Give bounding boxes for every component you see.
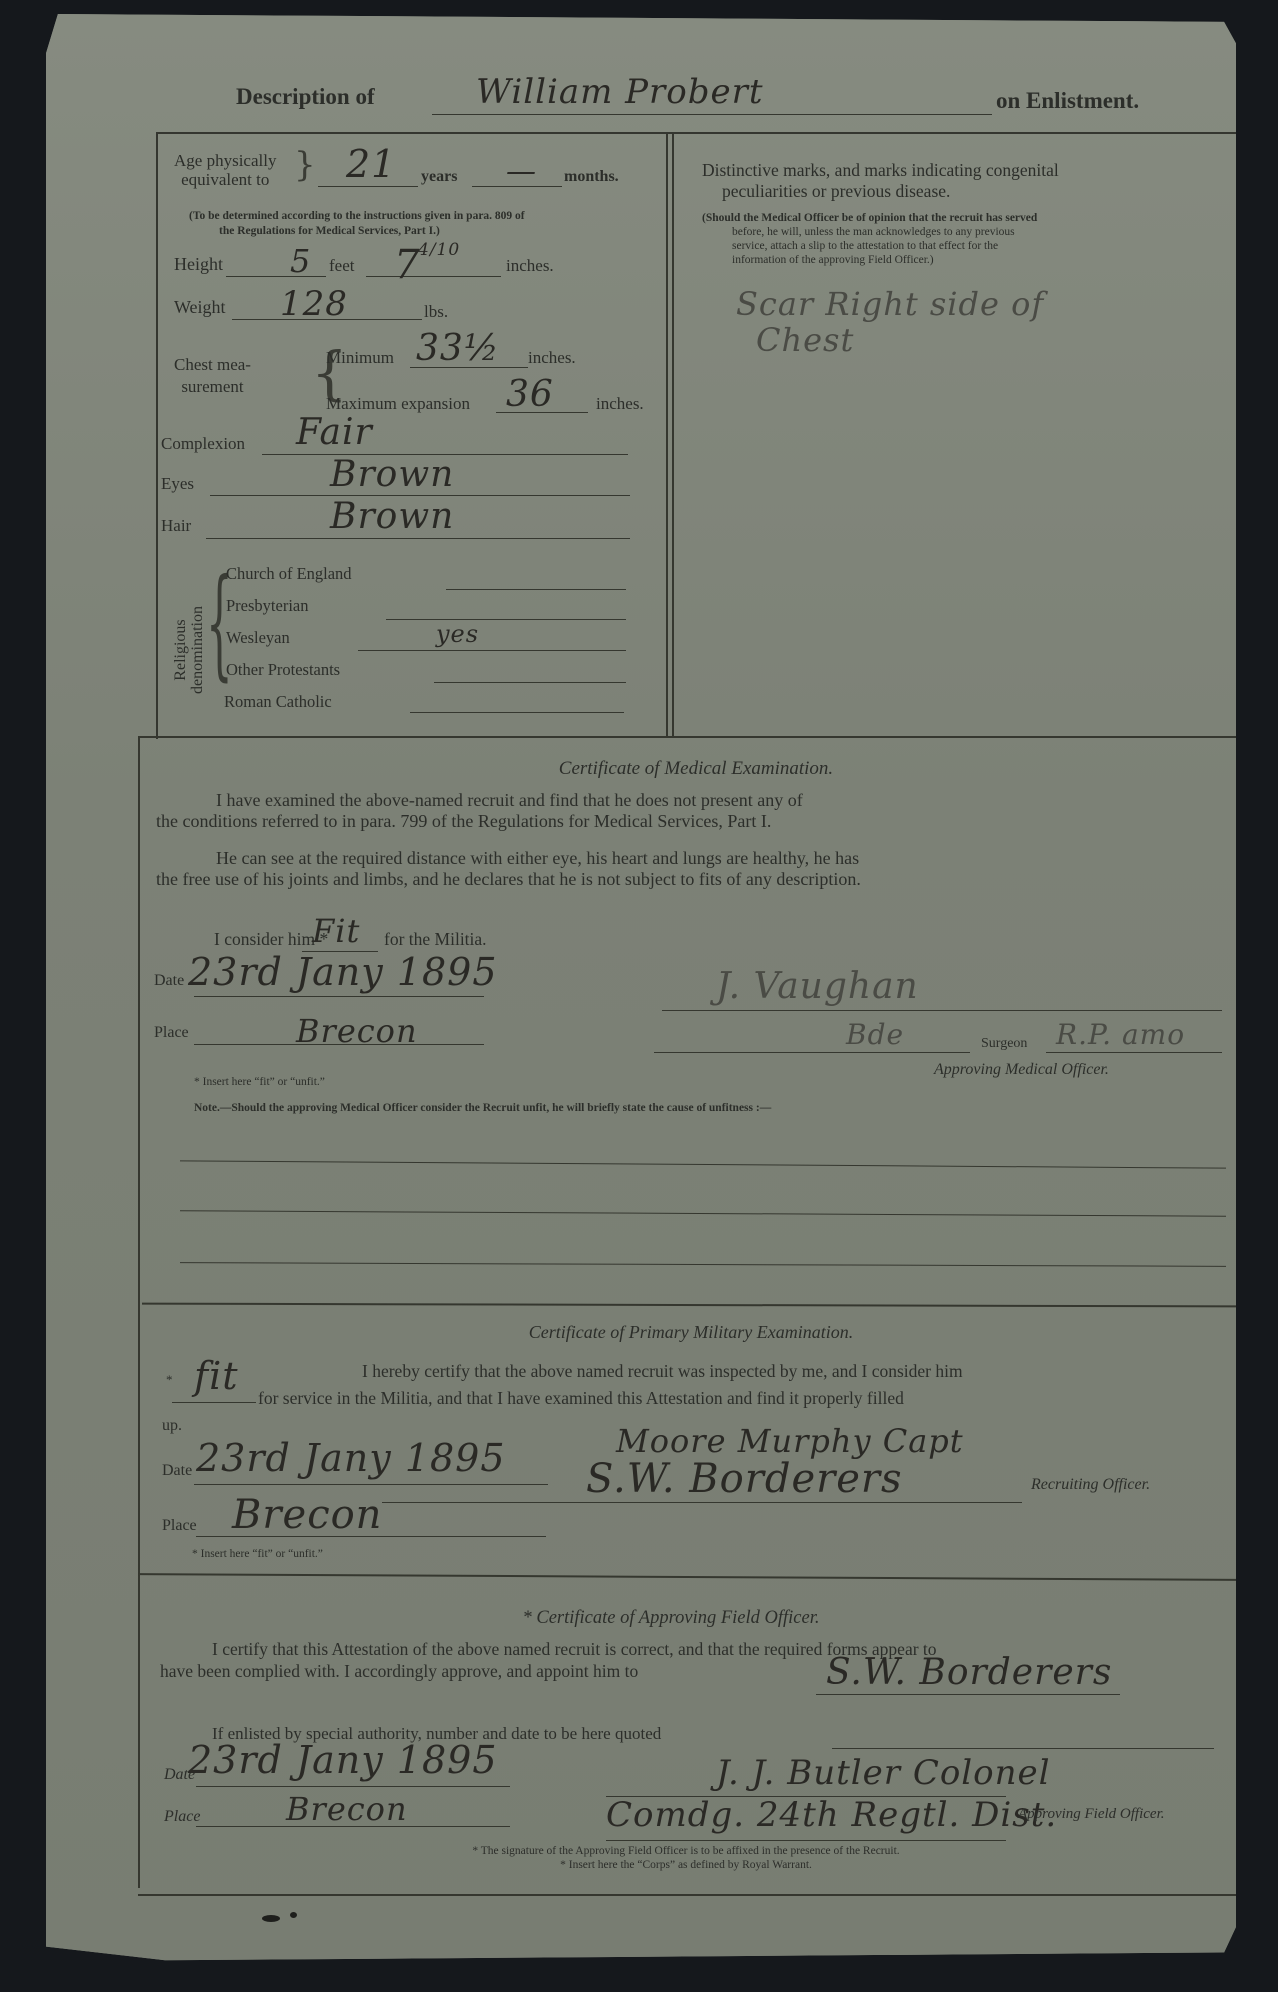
height-feet-value: 5: [290, 242, 311, 280]
distinctive-marks-value-line2: Chest: [736, 322, 1044, 358]
medical-date-label: Date: [154, 972, 184, 990]
recruiting-officer-signature: Moore Murphy Capt S.W. Borderers: [616, 1422, 964, 1498]
recruiting-officer-signature-line2: S.W. Borderers: [586, 1460, 964, 1498]
recruit-name: William Probert: [476, 72, 764, 112]
medical-footnote: * Insert here “fit” or “unfit.”: [194, 1076, 325, 1088]
chest-min-label: Minimum: [326, 348, 394, 368]
military-place-value: Brecon: [232, 1492, 382, 1538]
medical-date-value: 23rd Jany 1895: [188, 950, 498, 994]
distinctive-marks-heading-line1: Distinctive marks, and marks indicating …: [702, 160, 1222, 181]
field-officer-date-value: 23rd Jany 1895: [188, 1738, 498, 1782]
chest-label: Chest mea- surement: [174, 354, 251, 398]
ink-spot: [20, 1874, 30, 1880]
height-inches-value: 7: [394, 242, 420, 288]
age-label-line1: Age physically: [174, 151, 276, 170]
unfit-reason-line-2[interactable]: [180, 1210, 1226, 1216]
military-certificate-para: I hereby certify that the above named re…: [258, 1358, 1220, 1412]
military-date-label: Date: [162, 1462, 192, 1480]
medical-certificate-para2: He can see at the required distance with…: [156, 848, 1231, 890]
medical-place-label: Place: [154, 1024, 189, 1042]
age-label-line2: equivalent to: [174, 170, 276, 189]
eyes-label: Eyes: [161, 474, 194, 494]
field-officer-certificate-title: * Certificate of Approving Field Officer…: [46, 1608, 1278, 1629]
recruiting-officer-title: Recruiting Officer.: [1031, 1476, 1150, 1494]
age-note-line1: (To be determined according to the instr…: [189, 209, 699, 224]
medical-para2-line2: the free use of his joints and limbs, an…: [156, 869, 1231, 890]
ink-spot: [290, 1912, 297, 1918]
religion-label-line2: denomination: [189, 606, 206, 694]
religion-wesleyan-value: yes: [436, 620, 479, 648]
medical-para2-line1: He can see at the required distance with…: [156, 848, 1231, 869]
medical-officer-rank-label: Surgeon: [981, 1036, 1027, 1052]
chest-max-value: 36: [506, 374, 554, 415]
height-label: Height: [174, 254, 223, 275]
complexion-label: Complexion: [161, 434, 245, 454]
medical-para1-line1: I have examined the above-named recruit …: [156, 790, 1231, 811]
unfit-note: Note.—Should the approving Medical Offic…: [194, 1102, 771, 1114]
military-para-line2: for service in the Militia, and that I h…: [258, 1385, 1220, 1412]
form-heading: Description of: [236, 84, 375, 110]
military-footnote: * Insert here “fit” or “unfit.”: [192, 1548, 323, 1560]
field-officer-footnote2: * Insert here the “Corps” as defined by …: [46, 1858, 1278, 1872]
field-officer-signature-line1: J. J. Butler Colonel: [606, 1752, 1057, 1794]
age-label: Age physically equivalent to: [174, 151, 276, 189]
recruiting-officer-signature-line1: Moore Murphy Capt: [616, 1422, 964, 1460]
attestation-form-page: Description of William Probert on Enlist…: [46, 14, 1236, 1976]
distinctive-marks-value-line1: Scar Right side of: [736, 286, 1044, 322]
hair-label: Hair: [161, 516, 191, 536]
chest-max-label: Maximum expansion: [326, 394, 470, 414]
distinctive-marks-heading: Distinctive marks, and marks indicating …: [702, 160, 1222, 202]
distinctive-marks-note-line3: service, attach a slip to the attestatio…: [702, 239, 1232, 253]
military-date-value: 23rd Jany 1895: [196, 1436, 506, 1480]
consider-suffix: for the Militia.: [384, 929, 487, 950]
age-months-value: —: [506, 154, 537, 189]
eyes-value: Brown: [330, 454, 454, 495]
weight-value: 128: [280, 284, 348, 324]
military-place-label: Place: [162, 1517, 197, 1535]
medical-certificate-title: Certificate of Medical Examination.: [46, 758, 1278, 780]
military-certificate-title: Certificate of Primary Military Examinat…: [46, 1322, 1278, 1343]
unfit-reason-line-3[interactable]: [180, 1262, 1226, 1267]
chest-min-value: 33½: [416, 328, 500, 369]
military-fitness-value: fit: [194, 1354, 239, 1398]
age-brace: }: [294, 148, 316, 182]
medical-para1-line2: the conditions referred to in para. 799 …: [156, 811, 1231, 832]
chest-min-unit: inches.: [528, 348, 576, 368]
weight-unit: lbs.: [424, 302, 448, 322]
field-officer-place-value: Brecon: [286, 1790, 408, 1828]
chest-max-unit: inches.: [596, 394, 644, 414]
age-note: (To be determined according to the instr…: [189, 209, 699, 239]
weight-label: Weight: [174, 297, 226, 318]
field-officer-title: Approving Field Officer.: [1018, 1806, 1165, 1823]
religion-label: Religious denomination: [172, 606, 206, 694]
age-years-label: years: [421, 168, 457, 186]
complexion-value: Fair: [296, 412, 373, 453]
age-note-line2: the Regulations for Medical Services, Pa…: [189, 224, 699, 239]
religion-label-line1: Religious: [172, 606, 189, 694]
height-inches-label: inches.: [506, 256, 554, 276]
field-officer-signature: J. J. Butler Colonel Comdg. 24th Regtl. …: [606, 1752, 1057, 1836]
medical-certificate-para1: I have examined the above-named recruit …: [156, 790, 1231, 832]
age-years-value: 21: [346, 142, 396, 186]
chest-label-line1: Chest mea-: [174, 354, 251, 376]
medical-officer-rank-prefix: Bde: [846, 1018, 904, 1051]
distinctive-marks-note: (Should the Medical Officer be of opinio…: [702, 211, 1232, 267]
distinctive-marks-heading-line2: peculiarities or previous disease.: [702, 181, 1222, 202]
height-feet-label: feet: [329, 256, 354, 276]
field-officer-place-label: Place: [164, 1808, 200, 1826]
military-asterisk: *: [166, 1372, 173, 1388]
medical-fitness-value: Fit: [312, 912, 360, 950]
field-officer-signature-line2: Comdg. 24th Regtl. Dist.: [606, 1794, 1057, 1836]
field-officer-footnotes: * The signature of the Approving Field O…: [46, 1844, 1278, 1872]
religion-option-church-of-england: Church of England: [226, 564, 352, 584]
religion-option-presbyterian: Presbyterian: [226, 596, 308, 616]
military-para-line1: I hereby certify that the above named re…: [258, 1358, 1220, 1385]
ink-spot: [262, 1915, 280, 1922]
distinctive-marks-note-line2: before, he will, unless the man acknowle…: [702, 225, 1232, 239]
distinctive-marks-note-line1: (Should the Medical Officer be of opinio…: [702, 211, 1232, 225]
medical-place-value: Brecon: [296, 1012, 418, 1050]
age-months-label: months.: [564, 168, 619, 186]
distinctive-marks-note-line4: information of the approving Field Offic…: [702, 253, 1232, 267]
medical-officer-title: Approving Medical Officer.: [934, 1061, 1109, 1079]
hair-value: Brown: [330, 496, 454, 537]
height-inches-fraction: 4/10: [418, 240, 460, 260]
distinctive-marks-value: Scar Right side of Chest: [736, 286, 1044, 358]
religion-option-wesleyan: Wesleyan: [226, 628, 290, 648]
heading-suffix: on Enlistment.: [996, 88, 1139, 114]
field-officer-footnote1: * The signature of the Approving Field O…: [46, 1844, 1278, 1858]
heading-prefix: Description of: [236, 84, 375, 109]
medical-officer-signature: J. Vaughan: [716, 966, 919, 1007]
religion-option-roman-catholic: Roman Catholic: [224, 692, 332, 712]
chest-label-line2: surement: [174, 376, 251, 398]
appointed-corps-value: S.W. Borderers: [826, 1652, 1112, 1693]
military-para-up: up.: [162, 1417, 182, 1435]
medical-officer-rank-suffix: R.P. amo: [1056, 1018, 1185, 1051]
religion-option-other-protestants: Other Protestants: [226, 660, 340, 680]
unfit-reason-line-1[interactable]: [180, 1160, 1226, 1168]
